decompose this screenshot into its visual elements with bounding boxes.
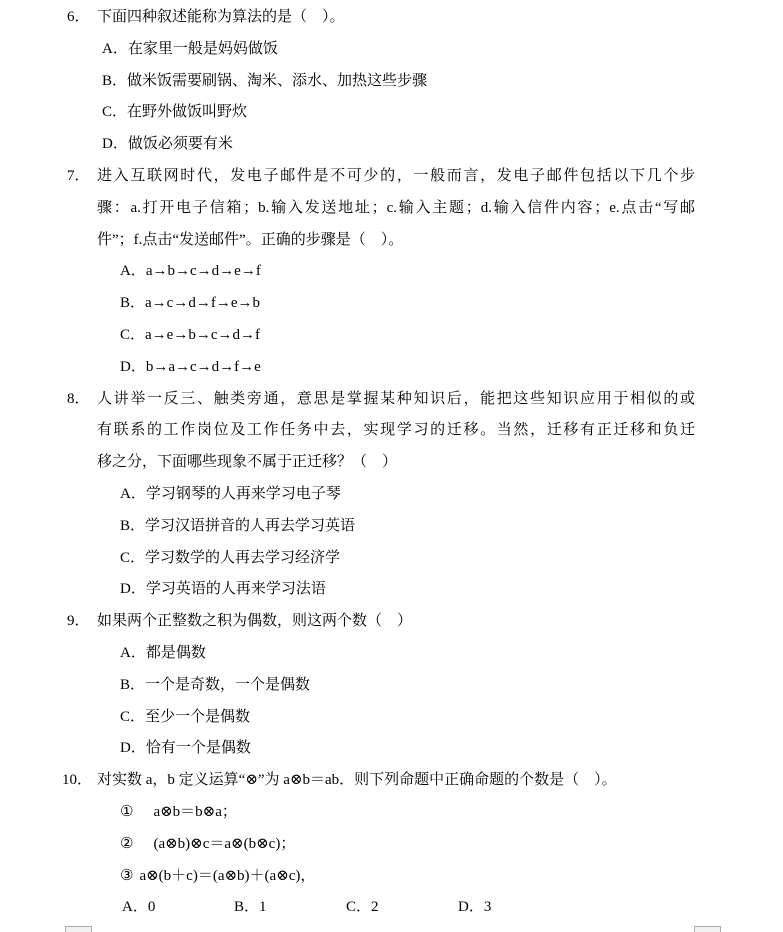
- option-row: A．a→b→c→d→e→f: [120, 256, 783, 288]
- stem-line: 件”；f.点击“发送邮件”。正确的步骤是（ ）。: [97, 225, 695, 257]
- question-10: 10． 对实数 a，b 定义运算“⊗”为 a⊗b＝ab．则下列命题中正确命题的个…: [0, 765, 783, 924]
- option-text: 做饭必须要有米: [128, 136, 233, 152]
- option-text: 做米饭需要刷锅、淘米、添水、加热这些步骤: [127, 73, 427, 89]
- option-text: a→b→c→d→e→f: [146, 263, 261, 279]
- option-text: 1: [259, 899, 267, 915]
- option-label: A．: [120, 256, 146, 288]
- stem-line: 人讲举一反三、触类旁通，意思是掌握某种知识后，能把这些知识应用于相似的或: [97, 384, 695, 416]
- page-corner-marker-left: [65, 926, 92, 932]
- option-text: b→a→c→d→f→e: [146, 359, 261, 375]
- option-label: B．: [102, 66, 127, 98]
- option-row: C．在野外做饭叫野炊: [102, 97, 783, 129]
- option-text: 2: [371, 899, 379, 915]
- option-label: C．: [120, 320, 145, 352]
- question-number: 9．: [67, 606, 97, 638]
- option-row: A．0: [122, 892, 234, 924]
- option-row: C．2: [346, 892, 458, 924]
- option-label: B．: [234, 892, 259, 924]
- option-row: D．b→a→c→d→f→e: [120, 352, 783, 384]
- option-text: 在家里一般是妈妈做饭: [128, 41, 278, 57]
- item-text: (a⊗b)⊗c＝a⊗(b⊗c)；: [153, 836, 295, 852]
- option-label: D．: [458, 892, 484, 924]
- option-row: B．一个是奇数，一个是偶数: [120, 670, 783, 702]
- option-label: D．: [120, 733, 146, 765]
- option-row: D．学习英语的人再来学习法语: [120, 574, 783, 606]
- option-row: A．在家里一般是妈妈做饭: [102, 34, 783, 66]
- option-text: 学习钢琴的人再来学习电子琴: [146, 486, 341, 502]
- option-text: 恰有一个是偶数: [146, 740, 251, 756]
- option-label: C．: [120, 543, 145, 575]
- option-text: a→e→b→c→d→f: [145, 327, 260, 343]
- option-text: 0: [148, 899, 156, 915]
- option-row: D．做饭必须要有米: [102, 129, 783, 161]
- stem-line: 进入互联网时代，发电子邮件是不可少的，一般而言，发电子邮件包括以下几个步: [97, 161, 695, 193]
- page-corner-marker-right: [694, 926, 721, 932]
- stem-line: 移之分，下面哪些现象不属于正迁移？（ ）: [97, 447, 695, 479]
- option-label: B．: [120, 511, 145, 543]
- item-label: ②: [120, 836, 133, 852]
- option-row: B．学习汉语拼音的人再去学习英语: [120, 511, 783, 543]
- question-number: 7．: [67, 161, 97, 193]
- option-label: A．: [102, 34, 128, 66]
- question-number: 10．: [62, 765, 97, 797]
- question-7: 7． 进入互联网时代，发电子邮件是不可少的，一般而言，发电子邮件包括以下几个步 …: [0, 161, 783, 384]
- item-label: ①: [120, 804, 133, 820]
- option-row: D．3: [458, 892, 570, 924]
- option-label: C．: [102, 97, 127, 129]
- option-text: 在野外做饭叫野炊: [127, 104, 247, 120]
- question-9: 9． 如果两个正整数之积为偶数，则这两个数（ ） A．都是偶数 B．一个是奇数，…: [0, 606, 783, 765]
- stem-line: 骤：a.打开电子信箱；b.输入发送地址；c.输入主题；d.输入信件内容；e.点击…: [97, 193, 695, 225]
- option-row: B．a→c→d→f→e→b: [120, 288, 783, 320]
- option-text: 学习汉语拼音的人再去学习英语: [145, 518, 355, 534]
- option-row: B．1: [234, 892, 346, 924]
- option-row: A．都是偶数: [120, 638, 783, 670]
- option-text: 学习英语的人再来学习法语: [146, 581, 326, 597]
- option-label: D．: [120, 352, 146, 384]
- option-text: 至少一个是偶数: [145, 709, 250, 725]
- numbered-item: ③a⊗(b＋c)＝(a⊗b)＋(a⊗c)，: [120, 861, 783, 893]
- option-label: B．: [120, 288, 145, 320]
- question-stem: 对实数 a，b 定义运算“⊗”为 a⊗b＝ab．则下列命题中正确命题的个数是（ …: [97, 765, 695, 797]
- final-options-row: A．0 B．1 C．2 D．3: [122, 892, 783, 924]
- numbered-item: ①a⊗b＝b⊗a；: [120, 797, 783, 829]
- option-row: C．至少一个是偶数: [120, 702, 783, 734]
- option-text: a→c→d→f→e→b: [145, 295, 260, 311]
- question-stem: 下面四种叙述能称为算法的是（ ）。: [97, 2, 695, 34]
- question-number: 8．: [67, 384, 97, 416]
- stem-line: 有联系的工作岗位及工作任务中去，实现学习的迁移。当然，迁移有正迁移和负迁: [97, 415, 695, 447]
- option-label: D．: [102, 129, 128, 161]
- option-label: A．: [122, 892, 148, 924]
- numbered-item: ②(a⊗b)⊗c＝a⊗(b⊗c)；: [120, 829, 783, 861]
- option-row: A．学习钢琴的人再来学习电子琴: [120, 479, 783, 511]
- exam-page: 6． 下面四种叙述能称为算法的是（ ）。 A．在家里一般是妈妈做饭 B．做米饭需…: [0, 0, 783, 924]
- option-label: D．: [120, 574, 146, 606]
- option-row: C．a→e→b→c→d→f: [120, 320, 783, 352]
- option-text: 都是偶数: [146, 645, 206, 661]
- option-label: A．: [120, 638, 146, 670]
- option-label: A．: [120, 479, 146, 511]
- option-row: D．恰有一个是偶数: [120, 733, 783, 765]
- option-text: 3: [484, 899, 492, 915]
- option-label: C．: [346, 892, 371, 924]
- question-stem: 如果两个正整数之积为偶数，则这两个数（ ）: [97, 606, 695, 638]
- option-label: C．: [120, 702, 145, 734]
- item-text: a⊗b＝b⊗a；: [153, 804, 236, 820]
- option-row: B．做米饭需要刷锅、淘米、添水、加热这些步骤: [102, 66, 783, 98]
- option-text: 学习数学的人再去学习经济学: [145, 550, 340, 566]
- question-number: 6．: [67, 2, 97, 34]
- item-label: ③: [120, 868, 133, 884]
- item-text: a⊗(b＋c)＝(a⊗b)＋(a⊗c)，: [139, 868, 315, 884]
- option-row: C．学习数学的人再去学习经济学: [120, 543, 783, 575]
- option-label: B．: [120, 670, 145, 702]
- question-6: 6． 下面四种叙述能称为算法的是（ ）。 A．在家里一般是妈妈做饭 B．做米饭需…: [0, 2, 783, 161]
- question-8: 8． 人讲举一反三、触类旁通，意思是掌握某种知识后，能把这些知识应用于相似的或 …: [0, 384, 783, 607]
- option-text: 一个是奇数，一个是偶数: [145, 677, 310, 693]
